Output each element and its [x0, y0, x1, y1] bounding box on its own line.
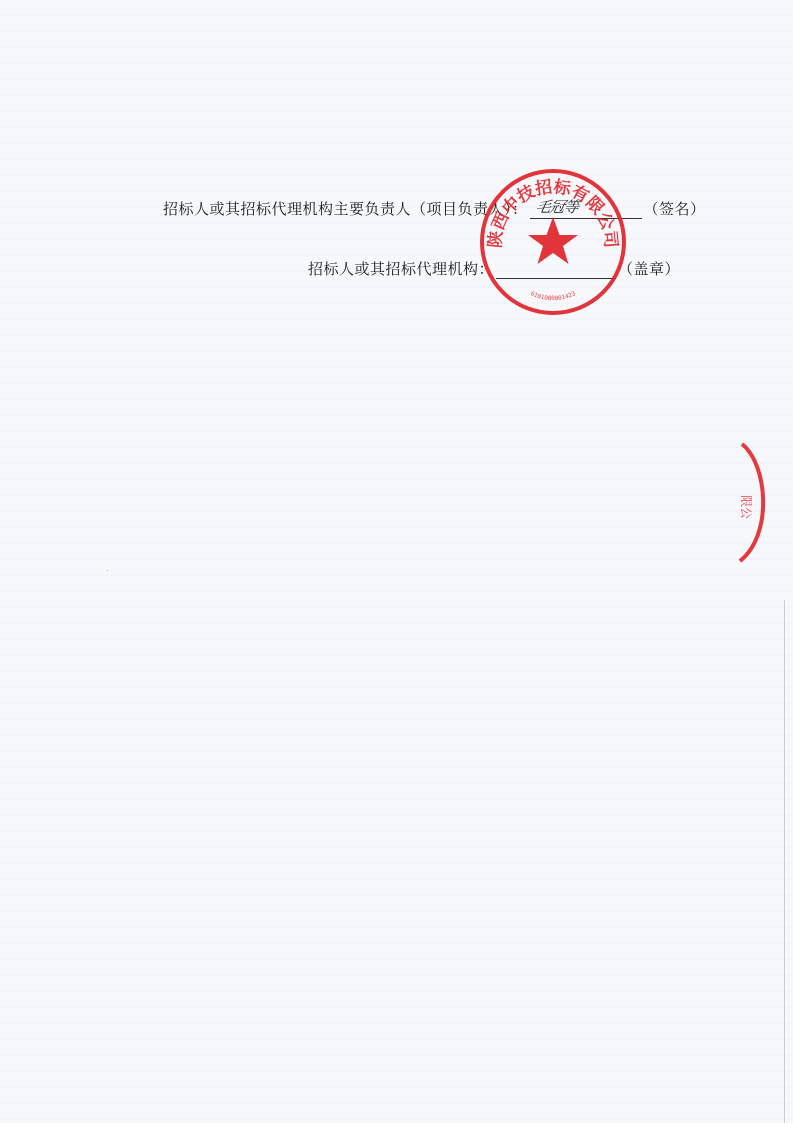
signature-suffix: （签名） [644, 200, 706, 218]
seal-serial: 6101000001423 [529, 290, 577, 302]
seal-field [496, 260, 616, 279]
scan-edge-line [784, 600, 785, 1123]
seal-label: 招标人或其招标代理机构： [308, 260, 494, 278]
signature-line: 招标人或其招标代理机构主要负责人（项目负责人）：毛冠等（签名） [163, 199, 706, 219]
svg-text:6101000001423: 6101000001423 [529, 290, 577, 302]
star-icon [528, 217, 578, 264]
document-page: 招标人或其招标代理机构主要负责人（项目负责人）：毛冠等（签名） 招标人或其招标代… [0, 0, 793, 1123]
company-seal: 陕西中技招标有限公司 6101000001423 [478, 167, 628, 317]
partial-seal: 限公 [728, 440, 778, 565]
handwritten-signature: 毛冠等 [533, 197, 579, 217]
partial-seal-text: 限公 [739, 495, 753, 519]
signature-field: 毛冠等 [530, 200, 642, 219]
seal-line: 招标人或其招标代理机构：（盖章） [308, 259, 680, 279]
seal-suffix: （盖章） [618, 260, 680, 278]
scan-speck [107, 570, 108, 571]
signature-label: 招标人或其招标代理机构主要负责人（项目负责人）： [163, 200, 528, 218]
